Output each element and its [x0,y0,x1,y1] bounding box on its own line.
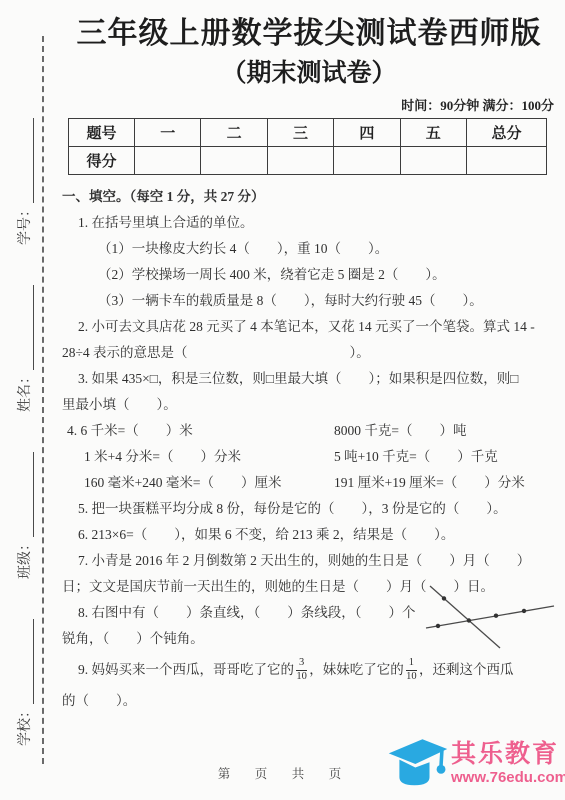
question-6: 6. 213×6=（ ），如果 6 不变，给 213 乘 2，结果是（ ）。 [62,522,556,548]
school-blank-line [16,619,34,704]
question-4-row-1: 4. 6 千米=（ ）米 8000 千克=（ ）吨 [62,418,556,444]
test-paper-page: 学校： 班级： 姓名： 学号： 三年级上册数学拔尖测试卷西师版 （期末测试卷） … [0,0,565,800]
name-label: 姓名： [14,370,34,412]
fraction-numerator: 1 [406,657,417,670]
question-1-sub-2: （2）学校操场一周长 400 米，绕着它走 5 圈是 2（ ）。 [62,262,556,288]
question-1: 1. 在括号里填上合适的单位。 [62,210,556,236]
qile-education-logo: 其乐教育 www.76edu.com [387,734,559,794]
score-header-cell: 题号 [69,119,135,147]
score-cell-empty [267,147,333,175]
student-number-label: 学号： [14,203,34,245]
score-header-cell: 总分 [466,119,546,147]
student-info-strip: 学校： 班级： 姓名： 学号： [8,66,40,746]
question-4-r2c2: 5 吨+10 千克=（ ）千克 [334,444,556,470]
question-4-r3c2: 191 厘米+19 厘米=（ ）分米 [334,470,556,496]
paper-subtitle: （期末测试卷） [62,57,556,90]
score-row-label: 得分 [69,147,135,175]
class-blank-line [16,452,34,537]
class-field: 班级： [14,452,34,579]
score-cell-empty [466,147,546,175]
score-cell-empty [400,147,466,175]
question-3-line-1: 3. 如果 435×□，积是三位数，则□里最大填（ ）；如果积是四位数，则□ [62,366,556,392]
question-2-line-1: 2. 小可去文具店花 28 元买了 4 本笔记本，又花 14 元买了一个笔袋。算… [62,314,556,340]
question-7-line-1: 7. 小青是 2016 年 2 月倒数第 2 天出生的，则她的生日是（ ）月（ … [62,548,556,574]
score-header-cell: 一 [135,119,201,147]
fraction-numerator: 3 [296,657,307,670]
fraction-denominator: 10 [406,671,417,683]
logo-url-text: www.76edu.com [451,769,565,787]
section-heading-title: 一、填空。 [62,189,130,204]
name-blank-line [16,285,34,370]
question-4-r1c1: 4. 6 千米=（ ）米 [84,418,334,444]
school-field: 学校： [14,619,34,746]
question-9-part-2: ，妹妹吃了它的 [309,652,404,688]
score-table-score-row: 得分 [69,147,547,175]
question-3-line-2: 里最小填（ ）。 [62,392,556,418]
score-table-header-row: 题号 一 二 三 四 五 总分 [69,119,547,147]
question-4-row-2: 1 米+4 分米=（ ）分米 5 吨+10 千克=（ ）千克 [62,444,556,470]
score-table: 题号 一 二 三 四 五 总分 得分 [68,118,547,175]
section-heading: 一、填空。（每空 1 分，共 27 分） [62,184,556,210]
name-field: 姓名： [14,285,34,412]
question-1-sub-1: （1）一块橡皮大约长 4（ ），重 10（ ）。 [62,236,556,262]
score-cell-empty [135,147,201,175]
question-9-part-1: 9. 妈妈买来一个西瓜，哥哥吃了它的 [78,652,294,688]
graduation-cap-icon [387,735,449,793]
score-header-cell: 二 [201,119,267,147]
logo-texts: 其乐教育 www.76edu.com [451,741,565,787]
fraction-one-tenth: 1 10 [406,657,417,682]
question-4-row-3: 160 毫米+240 毫米=（ ）厘米 191 厘米+19 厘米=（ ）分米 [62,470,556,496]
question-4-r1c2: 8000 千克=（ ）吨 [334,418,556,444]
student-number-field: 学号： [14,118,34,245]
question-4-r3c1: 160 毫米+240 毫米=（ ）厘米 [84,470,334,496]
question-1-sub-3: （3）一辆卡车的载质量是 8（ ），每时大约行驶 45（ ）。 [62,288,556,314]
school-label: 学校： [14,704,34,746]
question-2-line-2: 28÷4 表示的意思是（ ）。 [62,340,556,366]
fraction-three-tenths: 3 10 [296,657,307,682]
score-header-cell: 四 [334,119,400,147]
student-number-blank-line [16,118,34,203]
paper-title: 三年级上册数学拔尖测试卷西师版 [62,14,556,55]
question-5: 5. 把一块蛋糕平均分成 8 份，每份是它的（ ），3 份是它的（ ）。 [62,496,556,522]
dashed-seal-line [42,36,44,764]
question-4-r2c1: 1 米+4 分米=（ ）分米 [84,444,334,470]
score-header-cell: 三 [267,119,333,147]
logo-brand-text: 其乐教育 [451,741,559,769]
score-header-cell: 五 [400,119,466,147]
question-9-line-2: 的（ ）。 [62,688,556,714]
score-cell-empty [334,147,400,175]
fraction-denominator: 10 [296,671,307,683]
class-label: 班级： [14,537,34,579]
lines-and-angles-figure [424,582,558,662]
section-heading-note: （每空 1 分，共 27 分） [130,189,265,204]
time-score-meta: 时间：90分钟 满分：100分 [62,95,554,114]
score-cell-empty [201,147,267,175]
